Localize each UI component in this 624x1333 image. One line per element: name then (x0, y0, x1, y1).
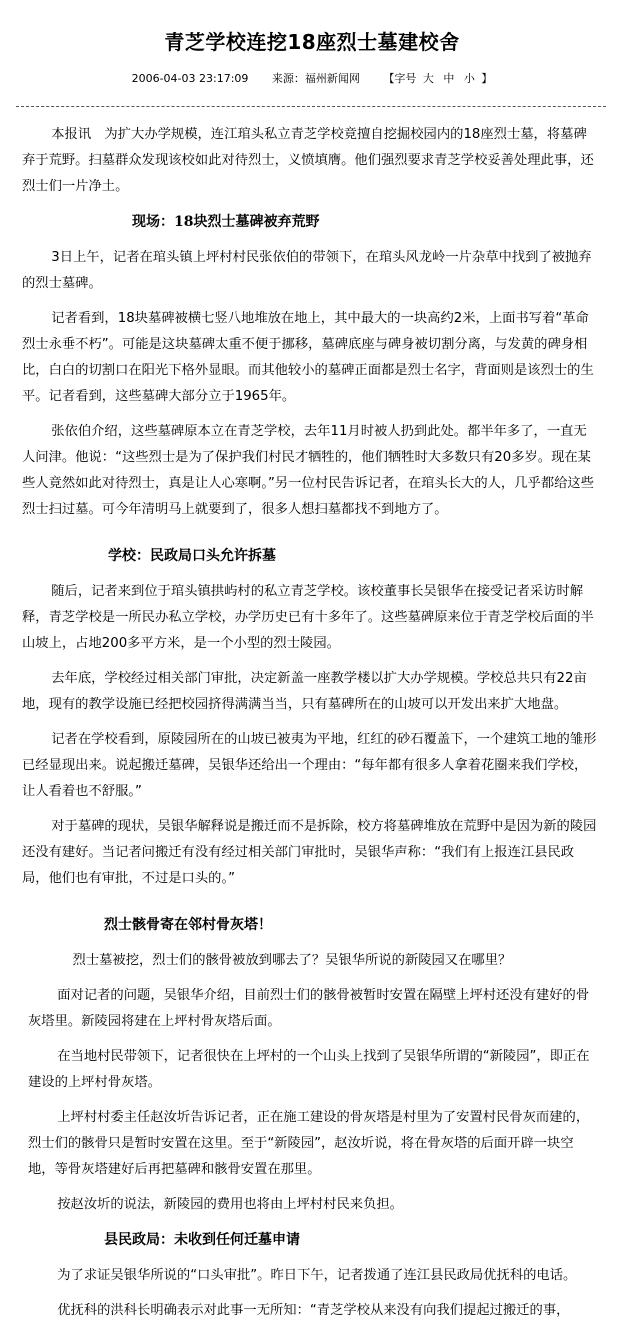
paragraph: 随后，记者来到位于琯头镇拱屿村的私立青芝学校。该校董事长吴银华在接受记者采访时解… (22, 579, 600, 657)
paragraph: 优抚科的洪科长明确表示对此事一无所知：“青芝学校从来没有向我们提起过搬迁的事， (22, 1298, 600, 1308)
font-size-medium-link[interactable]: 中 (443, 72, 454, 85)
font-size-controls: 【字号 大 中 小 】 (383, 72, 492, 85)
paragraph: 烈士墓被挖，烈士们的骸骨被放到哪去了？吴银华所说的新陵园又在哪里？ (22, 948, 600, 974)
section-heading-school: 学校：民政局口头允许拆墓 (22, 543, 600, 569)
paragraph: 上坪村村委主任赵汝圻告诉记者，正在施工建设的骨灰塔是村里为了安置村民骨灰而建的，… (22, 1105, 600, 1183)
font-size-label: 【字号 (383, 72, 416, 85)
font-size-large-link[interactable]: 大 (423, 72, 434, 85)
dashed-divider (16, 106, 606, 107)
lead-paragraph: 本报讯 为扩大办学规模，连江琯头私立青芝学校竟擅自挖掘校园内的18座烈士墓，将墓… (22, 122, 600, 200)
paragraph: 面对记者的问题，吴银华介绍，目前烈士们的骸骨被暂时安置在隔壁上坪村还没有建好的骨… (22, 983, 600, 1035)
publish-datetime: 2006-04-03 23:17:09 (132, 72, 249, 85)
paragraph: 去年底，学校经过相关部门审批，决定新盖一座教学楼以扩大办学规模。学校总共只有22… (22, 666, 600, 718)
paragraph: 为了求证吴银华所说的“口头审批”。昨日下午，记者拨通了连江县民政局优抚科的电话。 (22, 1263, 600, 1289)
section-heading-scene: 现场：18块烈士墓碑被弃荒野 (22, 209, 600, 235)
article-title: 青芝学校连挖18座烈士墓建校舍 (0, 26, 624, 55)
paragraph: 在当地村民带领下，记者很快在上坪村的一个山头上找到了吴银华所谓的“新陵园”，即正… (22, 1044, 600, 1096)
font-size-bracket-close: 】 (481, 72, 492, 85)
article-body: 本报讯 为扩大办学规模，连江琯头私立青芝学校竟擅自挖掘校园内的18座烈士墓，将墓… (22, 122, 600, 1308)
paragraph: 记者看到，18块墓碑被横七竖八地堆放在地上，其中最大的一块高约2米，上面书写着“… (22, 306, 600, 410)
paragraph: 对于墓碑的现状，吴银华解释说是搬迁而不是拆除，校方将墓碑堆放在荒野中是因为新的陵… (22, 814, 600, 892)
article-source: 来源：福州新闻网 (272, 72, 360, 85)
font-size-small-link[interactable]: 小 (464, 72, 475, 85)
paragraph: 张依伯介绍，这些墓碑原本立在青芝学校，去年11月时被人扔到此处。都半年多了，一直… (22, 419, 600, 523)
paragraph: 记者在学校看到，原陵园所在的山坡已被夷为平地，红红的砂石覆盖下，一个建筑工地的雏… (22, 727, 600, 805)
section-heading-civil-affairs: 县民政局：未收到任何迁墓申请 (22, 1227, 600, 1253)
paragraph: 3日上午，记者在琯头镇上坪村村民张依伯的带领下，在琯头风龙岭一片杂草中找到了被抛… (22, 245, 600, 297)
paragraph: 按赵汝圻的说法，新陵园的费用也将由上坪村村民来负担。 (22, 1192, 600, 1218)
section-heading-remains: 烈士骸骨寄在邻村骨灰塔！ (22, 912, 600, 938)
article-meta: 2006-04-03 23:17:09 来源：福州新闻网 【字号 大 中 小 】 (0, 70, 624, 86)
